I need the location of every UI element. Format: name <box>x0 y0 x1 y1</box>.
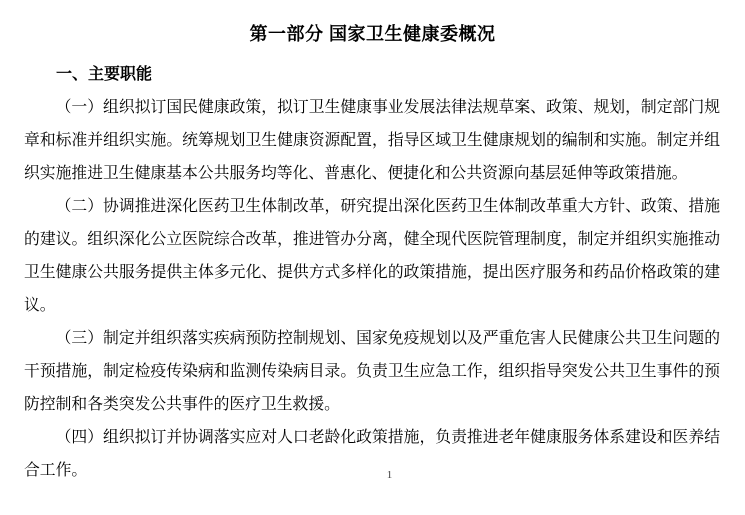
section-heading-main-functions: 一、主要职能 <box>24 64 720 86</box>
paragraph-item-3: （三）制定并组织落实疾病预防控制规划、国家免疫规划以及严重危害人民健康公共卫生问… <box>24 322 720 421</box>
document-page: 第一部分 国家卫生健康委概况 一、主要职能 （一）组织拟订国民健康政策，拟订卫生… <box>0 0 745 515</box>
paragraph-item-2: （二）协调推进深化医药卫生体制改革，研究提出深化医药卫生体制改革重大方针、政策、… <box>24 190 720 322</box>
page-number: 1 <box>0 469 745 482</box>
document-body: （一）组织拟订国民健康政策，拟订卫生健康事业发展法律法规草案、政策、规划，制定部… <box>0 91 745 487</box>
paragraph-item-1: （一）组织拟订国民健康政策，拟订卫生健康事业发展法律法规草案、政策、规划，制定部… <box>24 91 720 190</box>
document-title: 第一部分 国家卫生健康委概况 <box>0 24 745 44</box>
